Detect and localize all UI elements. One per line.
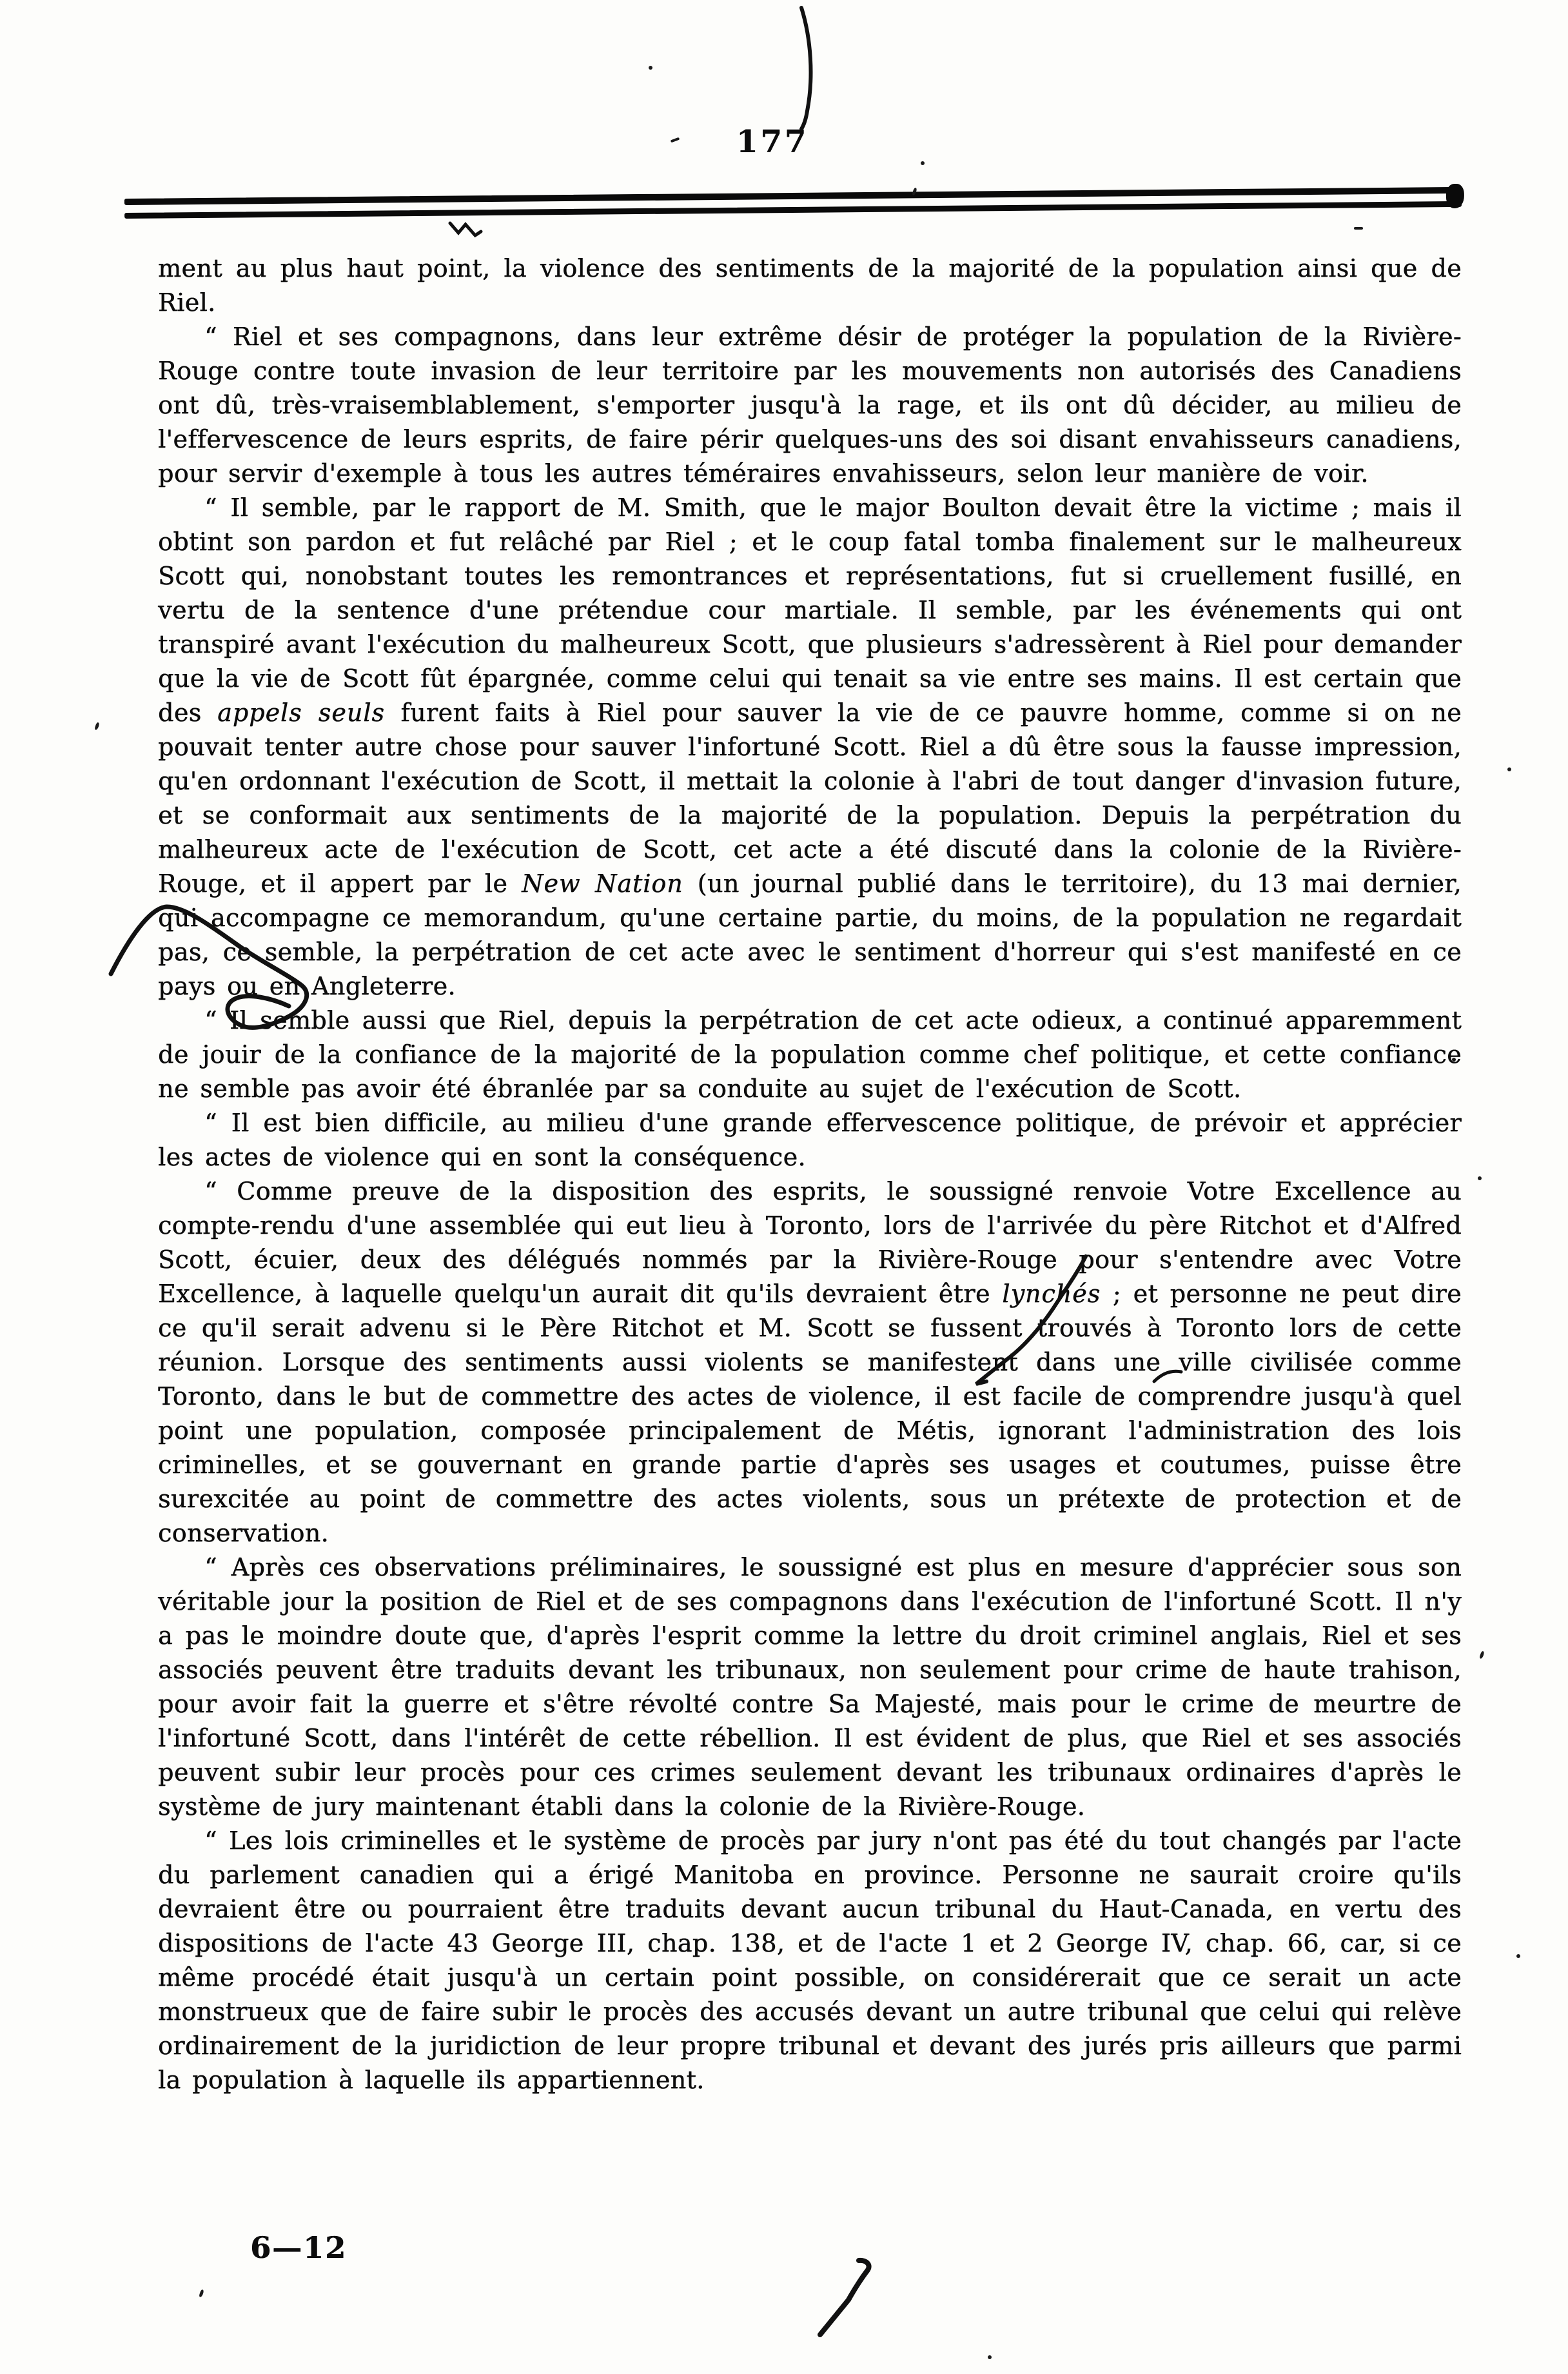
italic-text: lynchés <box>1002 1280 1101 1308</box>
text-segment: “ Il est bien difficile, au milieu d'une… <box>158 1109 1462 1171</box>
text-segment: “ Les lois criminelles et le système de … <box>158 1826 1462 2094</box>
text-segment: “ Il semble aussi que Riel, depuis la pe… <box>158 1006 1462 1103</box>
paragraph: “ Il semble aussi que Riel, depuis la pe… <box>158 1004 1462 1106</box>
text-segment: “ Après ces observations préliminaires, … <box>158 1553 1462 1821</box>
paragraph: “ Riel et ses compagnons, dans leur extr… <box>158 320 1462 491</box>
italic-text: New Nation <box>522 869 683 898</box>
page-number: 177 <box>727 124 818 160</box>
pen-stroke-rule-squiggle <box>450 223 481 235</box>
ink-speck <box>1507 767 1511 771</box>
text-segment: furent faits à Riel pour sauver la vie d… <box>158 698 1462 898</box>
header-double-rule <box>124 187 1462 219</box>
paragraph: “ Il semble, par le rapport de M. Smith,… <box>158 491 1462 1004</box>
document-body: ment au plus haut point, la violence des… <box>158 252 1462 2097</box>
ink-speck <box>1354 227 1363 230</box>
ink-speck <box>1479 1651 1484 1659</box>
italic-text: appels seuls <box>217 698 385 727</box>
paragraph: “ Après ces observations préliminaires, … <box>158 1550 1462 1824</box>
paragraph: “ Les lois criminelles et le système de … <box>158 1824 1462 2097</box>
ink-speck <box>671 137 680 143</box>
ink-speck <box>199 2290 204 2298</box>
pen-stroke-bottom <box>820 2260 869 2335</box>
text-segment: “ Riel et ses compagnons, dans leur extr… <box>158 322 1462 488</box>
rule-ink-blob <box>1446 184 1464 208</box>
pen-stroke-top <box>801 8 811 129</box>
footer-signature-mark: 6—12 <box>250 2230 347 2265</box>
ink-speck <box>649 66 652 70</box>
ink-speck <box>94 722 99 731</box>
text-segment: “ Il semble, par le rapport de M. Smith,… <box>158 493 1462 727</box>
rule-line <box>124 201 1462 219</box>
text-segment: ; et personne ne peut dire ce qu'il sera… <box>158 1280 1462 1547</box>
paragraph: ment au plus haut point, la violence des… <box>158 252 1462 320</box>
ink-speck <box>1516 1954 1520 1958</box>
paragraph: “ Il est bien difficile, au milieu d'une… <box>158 1106 1462 1174</box>
ink-speck <box>988 2355 992 2359</box>
ink-speck <box>1478 1176 1482 1180</box>
ink-speck <box>921 161 925 165</box>
paragraph: “ Comme preuve de la disposition des esp… <box>158 1174 1462 1550</box>
text-segment: ment au plus haut point, la violence des… <box>158 254 1462 317</box>
ink-speck <box>1452 1058 1456 1062</box>
scanned-page: 177 ment au plus haut point, la violence… <box>0 0 1568 2374</box>
